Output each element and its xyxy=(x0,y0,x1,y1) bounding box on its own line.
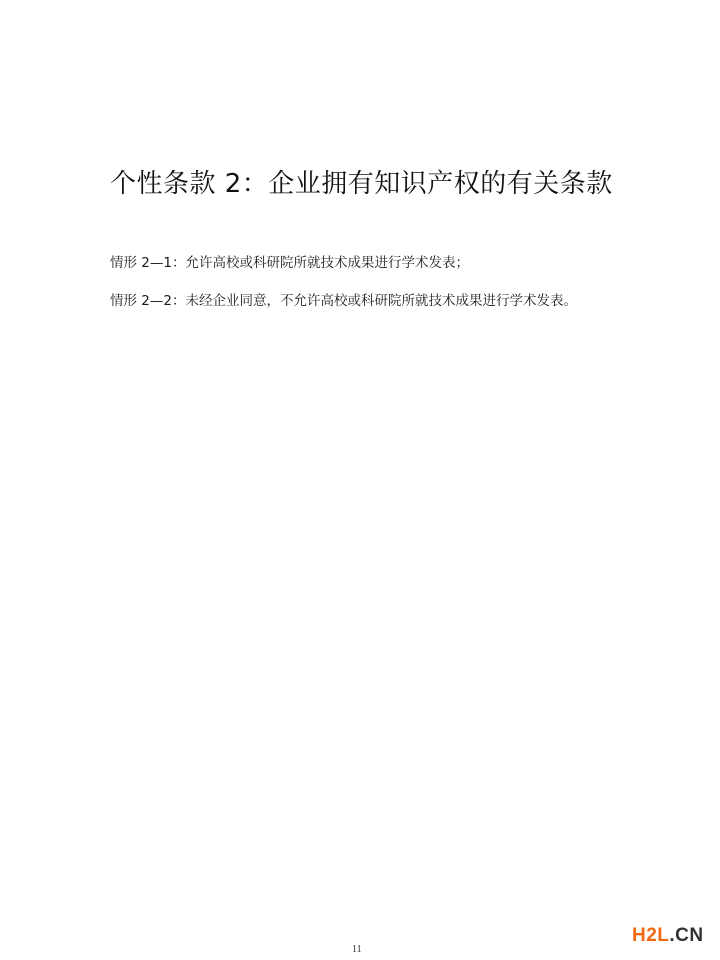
h2l-watermark-logo: H2L.CN xyxy=(632,925,704,947)
section-title: 个性条款 2：企业拥有知识产权的有关条款 xyxy=(110,166,613,202)
scenario-2-1-paragraph: 情形 2—1：允许高校或科研院所就技术成果进行学术发表； xyxy=(110,253,469,273)
page-number: 11 xyxy=(352,944,362,956)
watermark-brand: H2L xyxy=(632,925,669,946)
scenario-2-2-paragraph: 情形 2—2：未经企业同意，不允许高校或科研院所就技术成果进行学术发表。 xyxy=(110,291,577,311)
watermark-tld: .CN xyxy=(669,925,703,946)
document-page: 个性条款 2：企业拥有知识产权的有关条款 情形 2—1：允许高校或科研院所就技术… xyxy=(0,0,720,960)
